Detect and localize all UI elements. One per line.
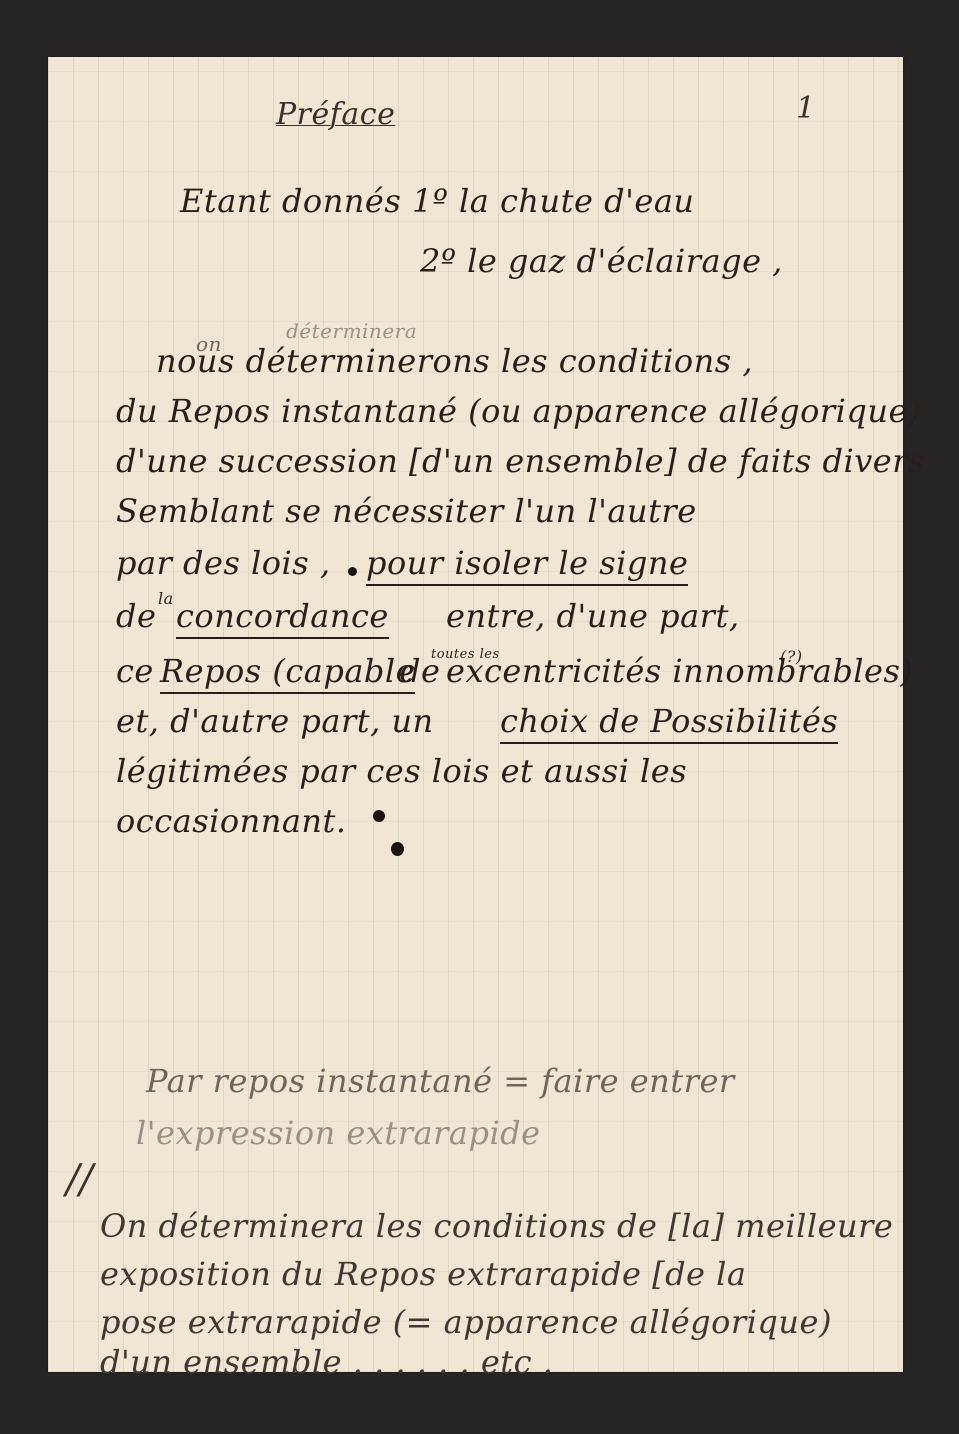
insert-determinera: déterminera [286,319,417,343]
line-11: légitimées par ces lois et aussi les [116,752,687,790]
ink-blot [373,810,385,822]
line-8a: de [116,597,156,635]
line-9a: ce [116,652,154,690]
pencil-line-6: d'un ensemble . . . . . . etc . [100,1343,553,1381]
line-10b: choix de Possibilités [500,702,838,744]
line-4: du Repos instantané (ou apparence allégo… [116,392,921,430]
line-3: nous déterminerons les conditions , [156,342,753,380]
pencil-line-3: On déterminera les conditions de [la] me… [100,1207,893,1245]
pencil-line-4: exposition du Repos extrarapide [de la [100,1255,746,1293]
line-7b: pour isoler le signe [366,544,688,586]
line-12: occasionnant. [116,802,347,840]
line-7a: par des lois , [116,544,331,582]
page-title: Préface [276,97,395,132]
line-1: Etant donnés 1º la chute d'eau [180,182,695,220]
ink-blot [348,567,357,576]
line-9b: Repos (capable [160,652,415,694]
insert-la: la [158,589,174,608]
page-number: 1 [796,91,816,126]
line-8c: entre, d'une part, [446,597,739,635]
line-9c: de [400,652,440,690]
margin-mark: // [66,1157,93,1203]
ink-blot [391,842,404,856]
line-8b: concordance [176,597,389,639]
pencil-line-5: pose extrarapide (= apparence allégoriqu… [100,1303,832,1341]
line-10a: et, d'autre part, un [116,702,434,740]
line-2: 2º le gaz d'éclairage , [420,242,783,280]
line-9d: excentricités innombrables) [446,652,913,690]
line-6: Semblant se nécessiter l'un l'autre [116,492,697,530]
pencil-line-1: Par repos instantané = faire entrer [146,1062,735,1100]
manuscript-page: Préface 1 Etant donnés 1º la chute d'eau… [48,57,903,1372]
pencil-line-2: l'expression extrarapide [136,1114,541,1152]
line-5: d'une succession [d'un ensemble] de fait… [116,442,925,480]
